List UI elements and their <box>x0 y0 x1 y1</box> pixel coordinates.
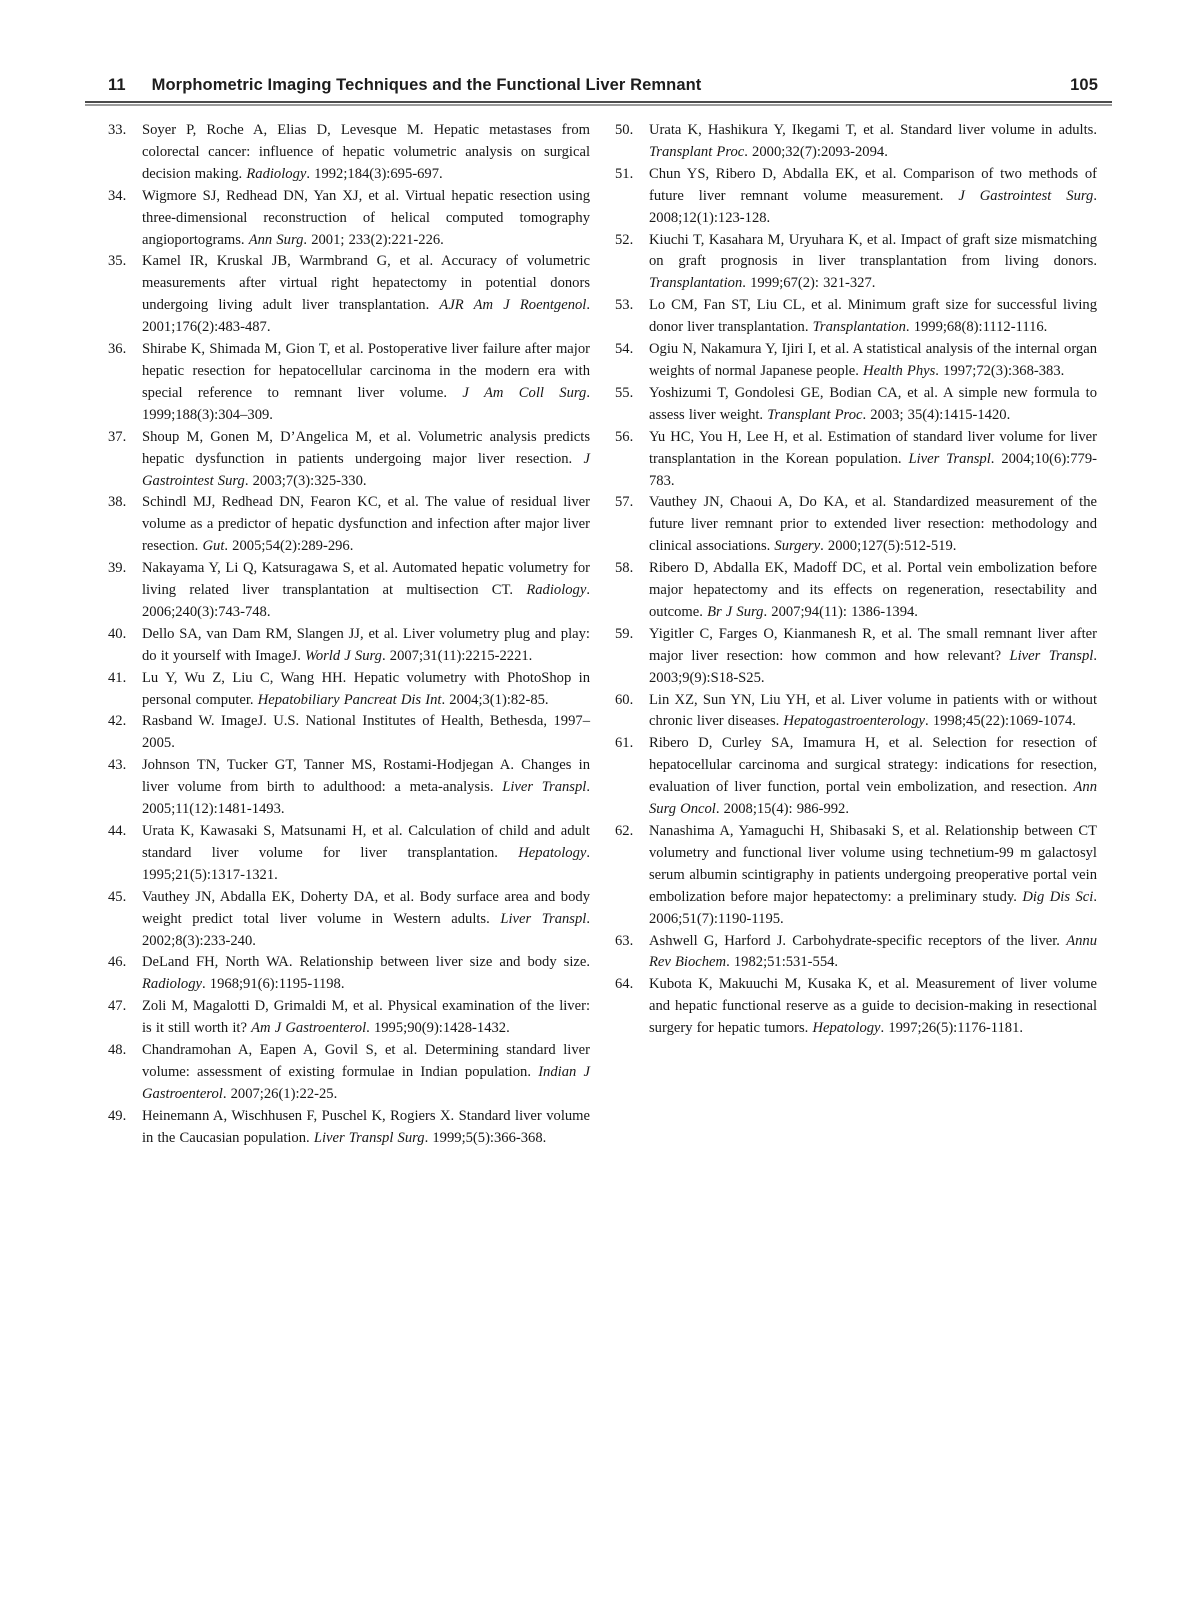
journal-name: Hepatology <box>518 845 586 861</box>
book-page: 11 Morphometric Imaging Techniques and t… <box>0 0 1200 1617</box>
reference-text: . 2005;54(2):289-296. <box>224 538 353 554</box>
journal-name: Liver Transpl <box>500 911 586 927</box>
journal-name: J Gastrointest Surg <box>958 188 1093 204</box>
reference-item: 48.Chandramohan A, Eapen A, Govil S, et … <box>108 1040 590 1106</box>
reference-number: 56. <box>615 427 633 449</box>
reference-item: 62.Nanashima A, Yamaguchi H, Shibasaki S… <box>615 821 1097 931</box>
reference-item: 40.Dello SA, van Dam RM, Slangen JJ, et … <box>108 624 590 668</box>
reference-number: 48. <box>108 1040 126 1062</box>
reference-text: Kiuchi T, Kasahara M, Uryuhara K, et al.… <box>649 232 1097 270</box>
journal-name: Surgery <box>774 538 820 554</box>
reference-item: 38.Schindl MJ, Redhead DN, Fearon KC, et… <box>108 492 590 558</box>
reference-item: 61.Ribero D, Curley SA, Imamura H, et al… <box>615 733 1097 821</box>
reference-text: . 2004;3(1):82-85. <box>441 692 548 708</box>
reference-text: . 2007;31(11):2215-2221. <box>382 648 532 664</box>
reference-text: . 2007;26(1):22-25. <box>223 1086 337 1102</box>
reference-number: 50. <box>615 120 633 142</box>
reference-text: Ribero D, Curley SA, Imamura H, et al. S… <box>649 735 1097 795</box>
journal-name: AJR Am J Roentgenol <box>439 297 586 313</box>
reference-number: 41. <box>108 668 126 690</box>
reference-number: 35. <box>108 251 126 273</box>
journal-name: Transplant Proc <box>649 144 744 160</box>
reference-text: Urata K, Hashikura Y, Ikegami T, et al. … <box>649 122 1097 138</box>
journal-name: Br J Surg <box>707 604 763 620</box>
reference-text: . 1999;5(5):366-368. <box>425 1130 547 1146</box>
reference-text: Ashwell G, Harford J. Carbohydrate-speci… <box>649 933 1066 949</box>
reference-item: 55.Yoshizumi T, Gondolesi GE, Bodian CA,… <box>615 383 1097 427</box>
reference-text: . 2003; 35(4):1415-1420. <box>862 407 1010 423</box>
journal-name: Radiology <box>246 166 306 182</box>
page-number: 105 <box>1070 76 1098 95</box>
journal-name: Liver Transpl <box>502 779 586 795</box>
reference-text: . 1998;45(22):1069-1074. <box>925 713 1076 729</box>
journal-name: Transplantation <box>813 319 906 335</box>
journal-name: J Am Coll Surg <box>462 385 586 401</box>
reference-item: 35.Kamel IR, Kruskal JB, Warmbrand G, et… <box>108 251 590 339</box>
references-list: 33.Soyer P, Roche A, Elias D, Levesque M… <box>108 120 1097 1150</box>
reference-number: 45. <box>108 887 126 909</box>
reference-item: 45.Vauthey JN, Abdalla EK, Doherty DA, e… <box>108 887 590 953</box>
reference-number: 37. <box>108 427 126 449</box>
reference-number: 61. <box>615 733 633 755</box>
reference-number: 58. <box>615 558 633 580</box>
reference-number: 36. <box>108 339 126 361</box>
reference-number: 57. <box>615 492 633 514</box>
reference-text: . 2003;7(3):325-330. <box>245 473 367 489</box>
reference-text: Nakayama Y, Li Q, Katsuragawa S, et al. … <box>142 560 590 598</box>
journal-name: Hepatology <box>812 1020 880 1036</box>
reference-item: 63.Ashwell G, Harford J. Carbohydrate-sp… <box>615 931 1097 975</box>
reference-item: 58.Ribero D, Abdalla EK, Madoff DC, et a… <box>615 558 1097 624</box>
reference-text: . 1999;67(2): 321-327. <box>742 275 875 291</box>
reference-text: Rasband W. ImageJ. U.S. National Institu… <box>142 713 590 751</box>
reference-number: 46. <box>108 952 126 974</box>
reference-item: 57.Vauthey JN, Chaoui A, Do KA, et al. S… <box>615 492 1097 558</box>
journal-name: Transplantation <box>649 275 742 291</box>
reference-number: 60. <box>615 690 633 712</box>
reference-number: 55. <box>615 383 633 405</box>
running-head: 11 Morphometric Imaging Techniques and t… <box>108 76 1098 95</box>
reference-item: 54.Ogiu N, Nakamura Y, Ijiri I, et al. A… <box>615 339 1097 383</box>
reference-number: 59. <box>615 624 633 646</box>
journal-name: Radiology <box>526 582 586 598</box>
journal-name: Gut <box>202 538 224 554</box>
reference-number: 63. <box>615 931 633 953</box>
reference-text: . 1999;68(8):1112-1116. <box>906 319 1047 335</box>
reference-item: 50.Urata K, Hashikura Y, Ikegami T, et a… <box>615 120 1097 164</box>
reference-item: 47.Zoli M, Magalotti D, Grimaldi M, et a… <box>108 996 590 1040</box>
reference-text: . 1995;90(9):1428-1432. <box>366 1020 510 1036</box>
reference-text: DeLand FH, North WA. Relationship betwee… <box>142 954 590 970</box>
reference-text: . 1997;72(3):368-383. <box>935 363 1064 379</box>
reference-text: Shoup M, Gonen M, D’Angelica M, et al. V… <box>142 429 590 467</box>
chapter-number: 11 <box>108 76 126 95</box>
reference-text: . 1968;91(6):1195-1198. <box>202 976 345 992</box>
journal-name: Dig Dis Sci <box>1022 889 1093 905</box>
journal-name: Am J Gastroenterol <box>251 1020 366 1036</box>
reference-number: 64. <box>615 974 633 996</box>
reference-number: 47. <box>108 996 126 1018</box>
reference-number: 38. <box>108 492 126 514</box>
journal-name: Hepatogastroenterology <box>783 713 925 729</box>
reference-number: 62. <box>615 821 633 843</box>
reference-item: 52.Kiuchi T, Kasahara M, Uryuhara K, et … <box>615 230 1097 296</box>
reference-text: . 2000;32(7):2093-2094. <box>744 144 888 160</box>
reference-item: 64.Kubota K, Makuuchi M, Kusaka K, et al… <box>615 974 1097 1040</box>
journal-name: Liver Transpl Surg <box>314 1130 425 1146</box>
reference-item: 39.Nakayama Y, Li Q, Katsuragawa S, et a… <box>108 558 590 624</box>
journal-name: Radiology <box>142 976 202 992</box>
reference-number: 54. <box>615 339 633 361</box>
reference-text: . 1997;26(5):1176-1181. <box>881 1020 1024 1036</box>
chapter-title: Morphometric Imaging Techniques and the … <box>152 76 1071 95</box>
references-column-left: 33.Soyer P, Roche A, Elias D, Levesque M… <box>108 120 590 1150</box>
reference-number: 43. <box>108 755 126 777</box>
reference-item: 60.Lin XZ, Sun YN, Liu YH, et al. Liver … <box>615 690 1097 734</box>
journal-name: Liver Transpl <box>908 451 990 467</box>
journal-name: World J Surg <box>305 648 382 664</box>
reference-text: . 2008;15(4): 986-992. <box>716 801 849 817</box>
reference-item: 43.Johnson TN, Tucker GT, Tanner MS, Ros… <box>108 755 590 821</box>
reference-number: 42. <box>108 711 126 733</box>
journal-name: Health Phys <box>863 363 935 379</box>
journal-name: Liver Transpl <box>1010 648 1094 664</box>
reference-text: . 2007;94(11): 1386-1394. <box>763 604 918 620</box>
reference-item: 46.DeLand FH, North WA. Relationship bet… <box>108 952 590 996</box>
reference-item: 42.Rasband W. ImageJ. U.S. National Inst… <box>108 711 590 755</box>
reference-text: . 1982;51:531-554. <box>726 954 838 970</box>
reference-text: Chandramohan A, Eapen A, Govil S, et al.… <box>142 1042 590 1080</box>
reference-number: 40. <box>108 624 126 646</box>
reference-number: 53. <box>615 295 633 317</box>
reference-number: 51. <box>615 164 633 186</box>
journal-name: Ann Surg <box>249 232 304 248</box>
references-column-right: 50.Urata K, Hashikura Y, Ikegami T, et a… <box>615 120 1097 1150</box>
reference-item: 41.Lu Y, Wu Z, Liu C, Wang HH. Hepatic v… <box>108 668 590 712</box>
reference-text: . 1992;184(3):695-697. <box>306 166 442 182</box>
reference-text: . 2000;127(5):512-519. <box>820 538 956 554</box>
reference-item: 59.Yigitler C, Farges O, Kianmanesh R, e… <box>615 624 1097 690</box>
journal-name: Transplant Proc <box>767 407 862 423</box>
reference-item: 33.Soyer P, Roche A, Elias D, Levesque M… <box>108 120 590 186</box>
reference-number: 49. <box>108 1106 126 1128</box>
reference-item: 49.Heinemann A, Wischhusen F, Puschel K,… <box>108 1106 590 1150</box>
reference-item: 36.Shirabe K, Shimada M, Gion T, et al. … <box>108 339 590 427</box>
reference-number: 39. <box>108 558 126 580</box>
reference-number: 34. <box>108 186 126 208</box>
reference-item: 34.Wigmore SJ, Redhead DN, Yan XJ, et al… <box>108 186 590 252</box>
reference-number: 33. <box>108 120 126 142</box>
reference-item: 37.Shoup M, Gonen M, D’Angelica M, et al… <box>108 427 590 493</box>
reference-item: 56.Yu HC, You H, Lee H, et al. Estimatio… <box>615 427 1097 493</box>
reference-item: 44.Urata K, Kawasaki S, Matsunami H, et … <box>108 821 590 887</box>
reference-number: 44. <box>108 821 126 843</box>
reference-item: 51.Chun YS, Ribero D, Abdalla EK, et al.… <box>615 164 1097 230</box>
header-rule <box>85 101 1112 106</box>
journal-name: Hepatobiliary Pancreat Dis Int <box>258 692 442 708</box>
reference-item: 53.Lo CM, Fan ST, Liu CL, et al. Minimum… <box>615 295 1097 339</box>
reference-number: 52. <box>615 230 633 252</box>
reference-text: . 2001; 233(2):221-226. <box>303 232 443 248</box>
